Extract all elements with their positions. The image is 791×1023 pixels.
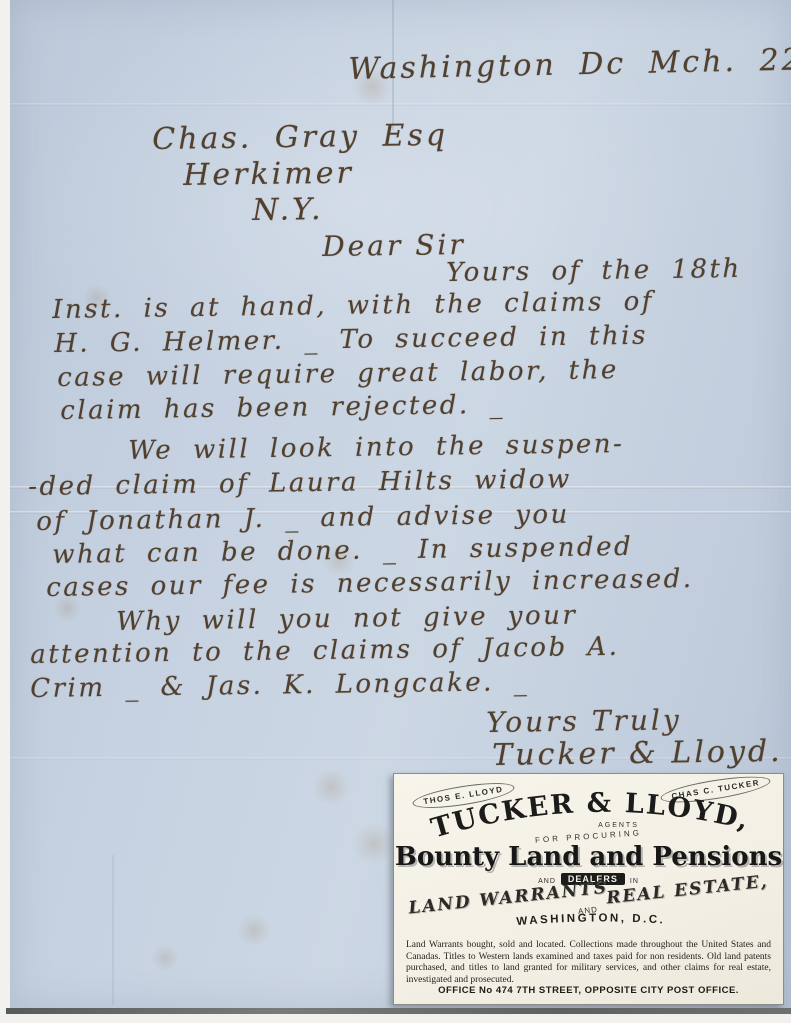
business-card: THOS E. LLOYD CHAS C. TUCKER TUCKER & LL… [393,773,784,1005]
city-line: WASHINGTON, D.C. [516,912,666,928]
card-description: Land Warrants bought, sold and located. … [406,940,771,986]
partner-name-right: CHAS C. TUCKER [659,771,772,807]
fold-crease [112,855,114,1005]
signature: Tucker & Lloyd. [492,734,783,773]
service-title: Bounty Land and Pensions [394,842,783,872]
fold-crease [10,103,791,106]
closing: Yours Truly [486,703,682,739]
stain-spot [150,945,180,971]
recipient-city: Herkimer [183,156,354,193]
scan-bottom-edge [6,1008,791,1014]
in-label: IN [630,878,639,885]
svg-text:WASHINGTON, D.C.: WASHINGTON, D.C. [516,912,666,928]
recipient-name: Chas. Gray Esq [152,118,448,157]
stain-spot [350,825,398,863]
office-address: OFFICE No 474 7TH STREET, OPPOSITE CITY … [394,985,783,996]
and-separator: AND [578,905,599,916]
letter-line: claim has been rejected. _ [60,390,505,426]
scanned-letter-photo: Washington Dc Mch. 22' 59 Chas. Gray Esq… [0,0,791,1023]
letter-line: Yours of the 18th [446,254,742,288]
partner-name-left: THOS E. LLOYD [411,778,516,813]
recipient-state: N.Y. [252,192,324,228]
stain-spot [310,770,352,804]
salutation: Dear Sir [322,228,466,263]
stain-spot [235,915,273,945]
